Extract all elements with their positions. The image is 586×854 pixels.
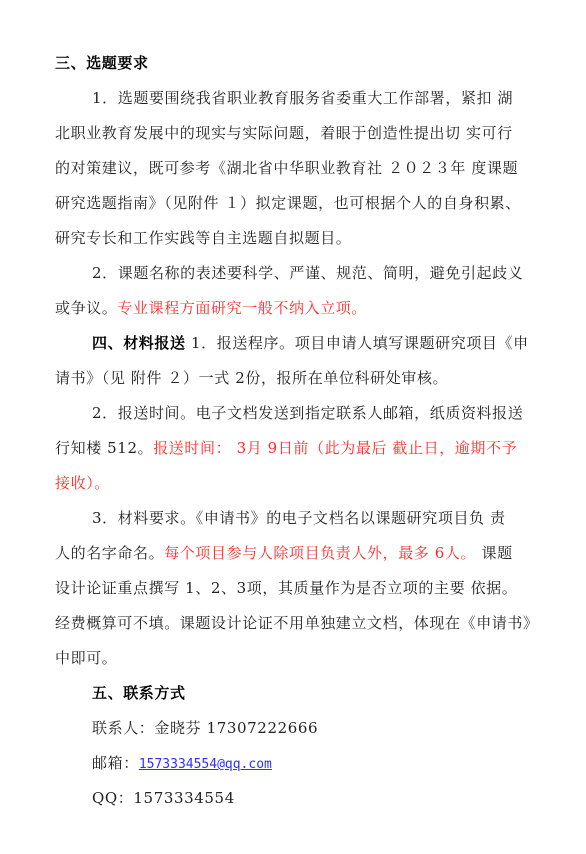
s3-p1-line-2: 北职业教育发展中的现实与实际问题，着眼于创造性提出切 实可行 <box>55 116 529 151</box>
s4-p1-line-2: 请书》（见 附件 ２）一式 2份，报所在单位科研处审核。 <box>55 361 529 396</box>
s3-p2-text: 或争议。 <box>55 299 117 317</box>
qq-label: QQ： <box>92 789 133 807</box>
section-heading-5: 五、联系方式 <box>55 676 529 711</box>
contact-name: 金晓芬 <box>154 719 201 737</box>
document-page: 三、选题要求 1．选题要围绕我省职业教育服务省委重大工作部署，紧扣 湖 北职业教… <box>55 46 529 816</box>
contact-person: 联系人：金晓芬 17307222666 <box>55 711 529 746</box>
s3-p2-red-notice: 专业课程方面研究一般不纳入立项。 <box>117 299 367 317</box>
section-heading-3: 三、选题要求 <box>55 46 529 81</box>
s4-p3-line-5: 中即可。 <box>55 641 529 676</box>
contact-email: 邮箱：1573334554@qq.com <box>55 746 529 781</box>
section-heading-4: 四、材料报送 <box>92 334 186 352</box>
contact-qq: QQ：1573334554 <box>55 781 529 816</box>
s4-p3-participant-limit: 每个项目参与人除项目负责人外，最多 6人。 <box>164 544 476 562</box>
s3-p1-line-3: 的对策建议，既可参考《湖北省中华职业教育社 ２０２３年 度课题 <box>55 151 529 186</box>
email-label: 邮箱： <box>92 754 139 772</box>
s4-p2-line-3: 接收）。 <box>55 466 529 501</box>
contact-phone: 17307222666 <box>207 719 319 737</box>
s4-p3-line-4: 经费概算可不填。课题设计论证不用单独建立文档，体现在《申请书》 <box>55 606 529 641</box>
s3-p1-line-1: 1．选题要围绕我省职业教育服务省委重大工作部署，紧扣 湖 <box>55 81 529 116</box>
s4-p1-text: 1．报送程序。项目申请人填写课题研究项目《申 <box>186 334 529 352</box>
s3-p2-line-1: 2．课题名称的表述要科学、严谨、规范、简明，避免引起歧义 <box>55 256 529 291</box>
s4-p2-deadline: 报送时间： 3月 9日前（此为最后 截止日，逾期不予 <box>153 439 517 457</box>
s4-p1-line-1: 四、材料报送 1．报送程序。项目申请人填写课题研究项目《申 <box>55 326 529 361</box>
s4-p2-line-1: 2．报送时间。电子文档发送到指定联系人邮箱，纸质资料报送 <box>55 396 529 431</box>
s4-p3-text: 人的名字命名。 <box>55 544 164 562</box>
s4-p3-line-1: 3．材料要求。《申请书》的电子文档名以课题研究项目负 责 <box>55 501 529 536</box>
s3-p1-line-5: 研究专长和工作实践等自主选题自拟题目。 <box>55 221 529 256</box>
s3-p2-line-2: 或争议。专业课程方面研究一般不纳入立项。 <box>55 291 529 326</box>
s4-p3-tail: 课题 <box>476 544 513 562</box>
qq-number: 1573334554 <box>133 789 234 807</box>
s4-p3-line-2: 人的名字命名。每个项目参与人除项目负责人外，最多 6人。 课题 <box>55 536 529 571</box>
email-link[interactable]: 1573334554@qq.com <box>139 757 272 772</box>
s4-p2-text: 行知楼 512。 <box>55 439 153 457</box>
s3-p1-line-4: 研究选题指南》（见附件 １）拟定课题，也可根据个人的自身积累、 <box>55 186 529 221</box>
contact-label: 联系人： <box>92 719 154 737</box>
s4-p2-line-2: 行知楼 512。报送时间： 3月 9日前（此为最后 截止日，逾期不予 <box>55 431 529 466</box>
s4-p3-line-3: 设计论证重点撰写 1、2、3项，其质量作为是否立项的主要 依据。 <box>55 571 529 606</box>
